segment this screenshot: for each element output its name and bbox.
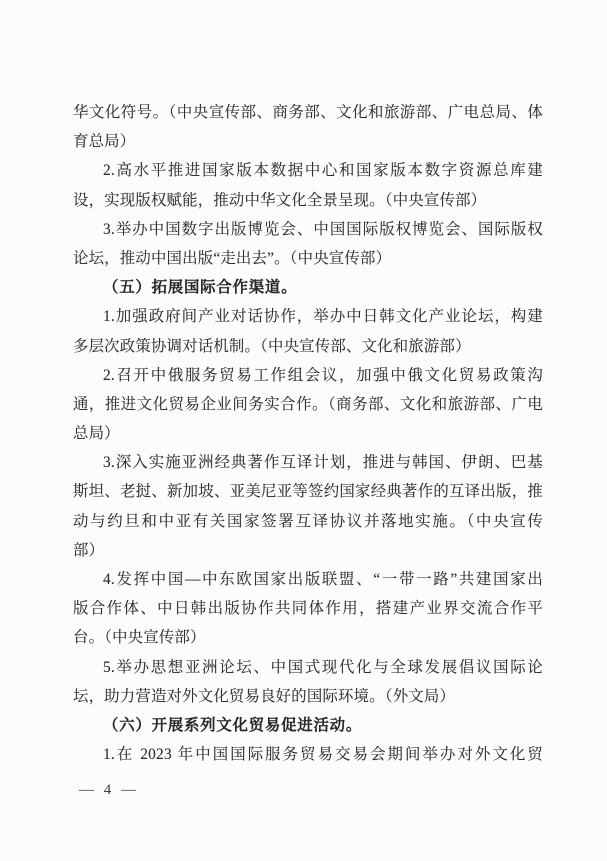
- text-line: 2.召开中俄服务贸易工作组会议，加强中俄文化贸易政策沟: [73, 361, 543, 390]
- text-line: 版合作体、中日韩出版协作共同体作用，搭建产业界交流合作平: [73, 594, 543, 623]
- text-line: 华文化符号。（中央宣传部、商务部、文化和旅游部、广电总局、体: [73, 98, 543, 127]
- text-line: 坛，助力营造对外文化贸易良好的国际环境。（外文局）: [73, 682, 543, 711]
- text-line: 育总局）: [73, 127, 543, 156]
- section-heading: （六）开展系列文化贸易促进活动。: [73, 711, 543, 740]
- text-line: 总局）: [73, 419, 543, 448]
- text-line: 2.高水平推进国家版本数据中心和国家版本数字资源总库建: [73, 156, 543, 185]
- text-line: 论坛，推动中国出版“走出去”。（中央宣传部）: [73, 244, 543, 273]
- document-text-block: 华文化符号。（中央宣传部、商务部、文化和旅游部、广电总局、体育总局）2.高水平推…: [73, 98, 543, 769]
- text-line: 台。（中央宣传部）: [73, 623, 543, 652]
- section-heading: （五）拓展国际合作渠道。: [73, 273, 543, 302]
- text-line: 5.举办思想亚洲论坛、中国式现代化与全球发展倡议国际论: [73, 653, 543, 682]
- text-line: 斯坦、老挝、新加坡、亚美尼亚等签约国家经典著作的互译出版，推: [73, 477, 543, 506]
- text-line: 1.在 2023 年中国国际服务贸易交易会期间举办对外文化贸: [73, 740, 543, 769]
- text-line: 动与约旦和中亚有关国家签署互译协议并落地实施。（中央宣传: [73, 507, 543, 536]
- text-line: 3.举办中国数字出版博览会、中国国际版权博览会、国际版权: [73, 215, 543, 244]
- text-line: 设，实现版权赋能，推动中华文化全景呈现。（中央宣传部）: [73, 186, 543, 215]
- text-line: 部）: [73, 536, 543, 565]
- scanned-document-page: 华文化符号。（中央宣传部、商务部、文化和旅游部、广电总局、体育总局）2.高水平推…: [0, 0, 607, 861]
- text-line: 4.发挥中国—中东欧国家出版联盟、“一带一路”共建国家出: [73, 565, 543, 594]
- text-line: 3.深入实施亚洲经典著作互译计划，推进与韩国、伊朗、巴基: [73, 448, 543, 477]
- text-line: 通，推进文化贸易企业间务实合作。（商务部、文化和旅游部、广电: [73, 390, 543, 419]
- text-line: 1.加强政府间产业对话协作，举办中日韩文化产业论坛，构建: [73, 302, 543, 331]
- text-line: 多层次政策协调对话机制。（中央宣传部、文化和旅游部）: [73, 332, 543, 361]
- page-number: — 4 —: [79, 781, 139, 799]
